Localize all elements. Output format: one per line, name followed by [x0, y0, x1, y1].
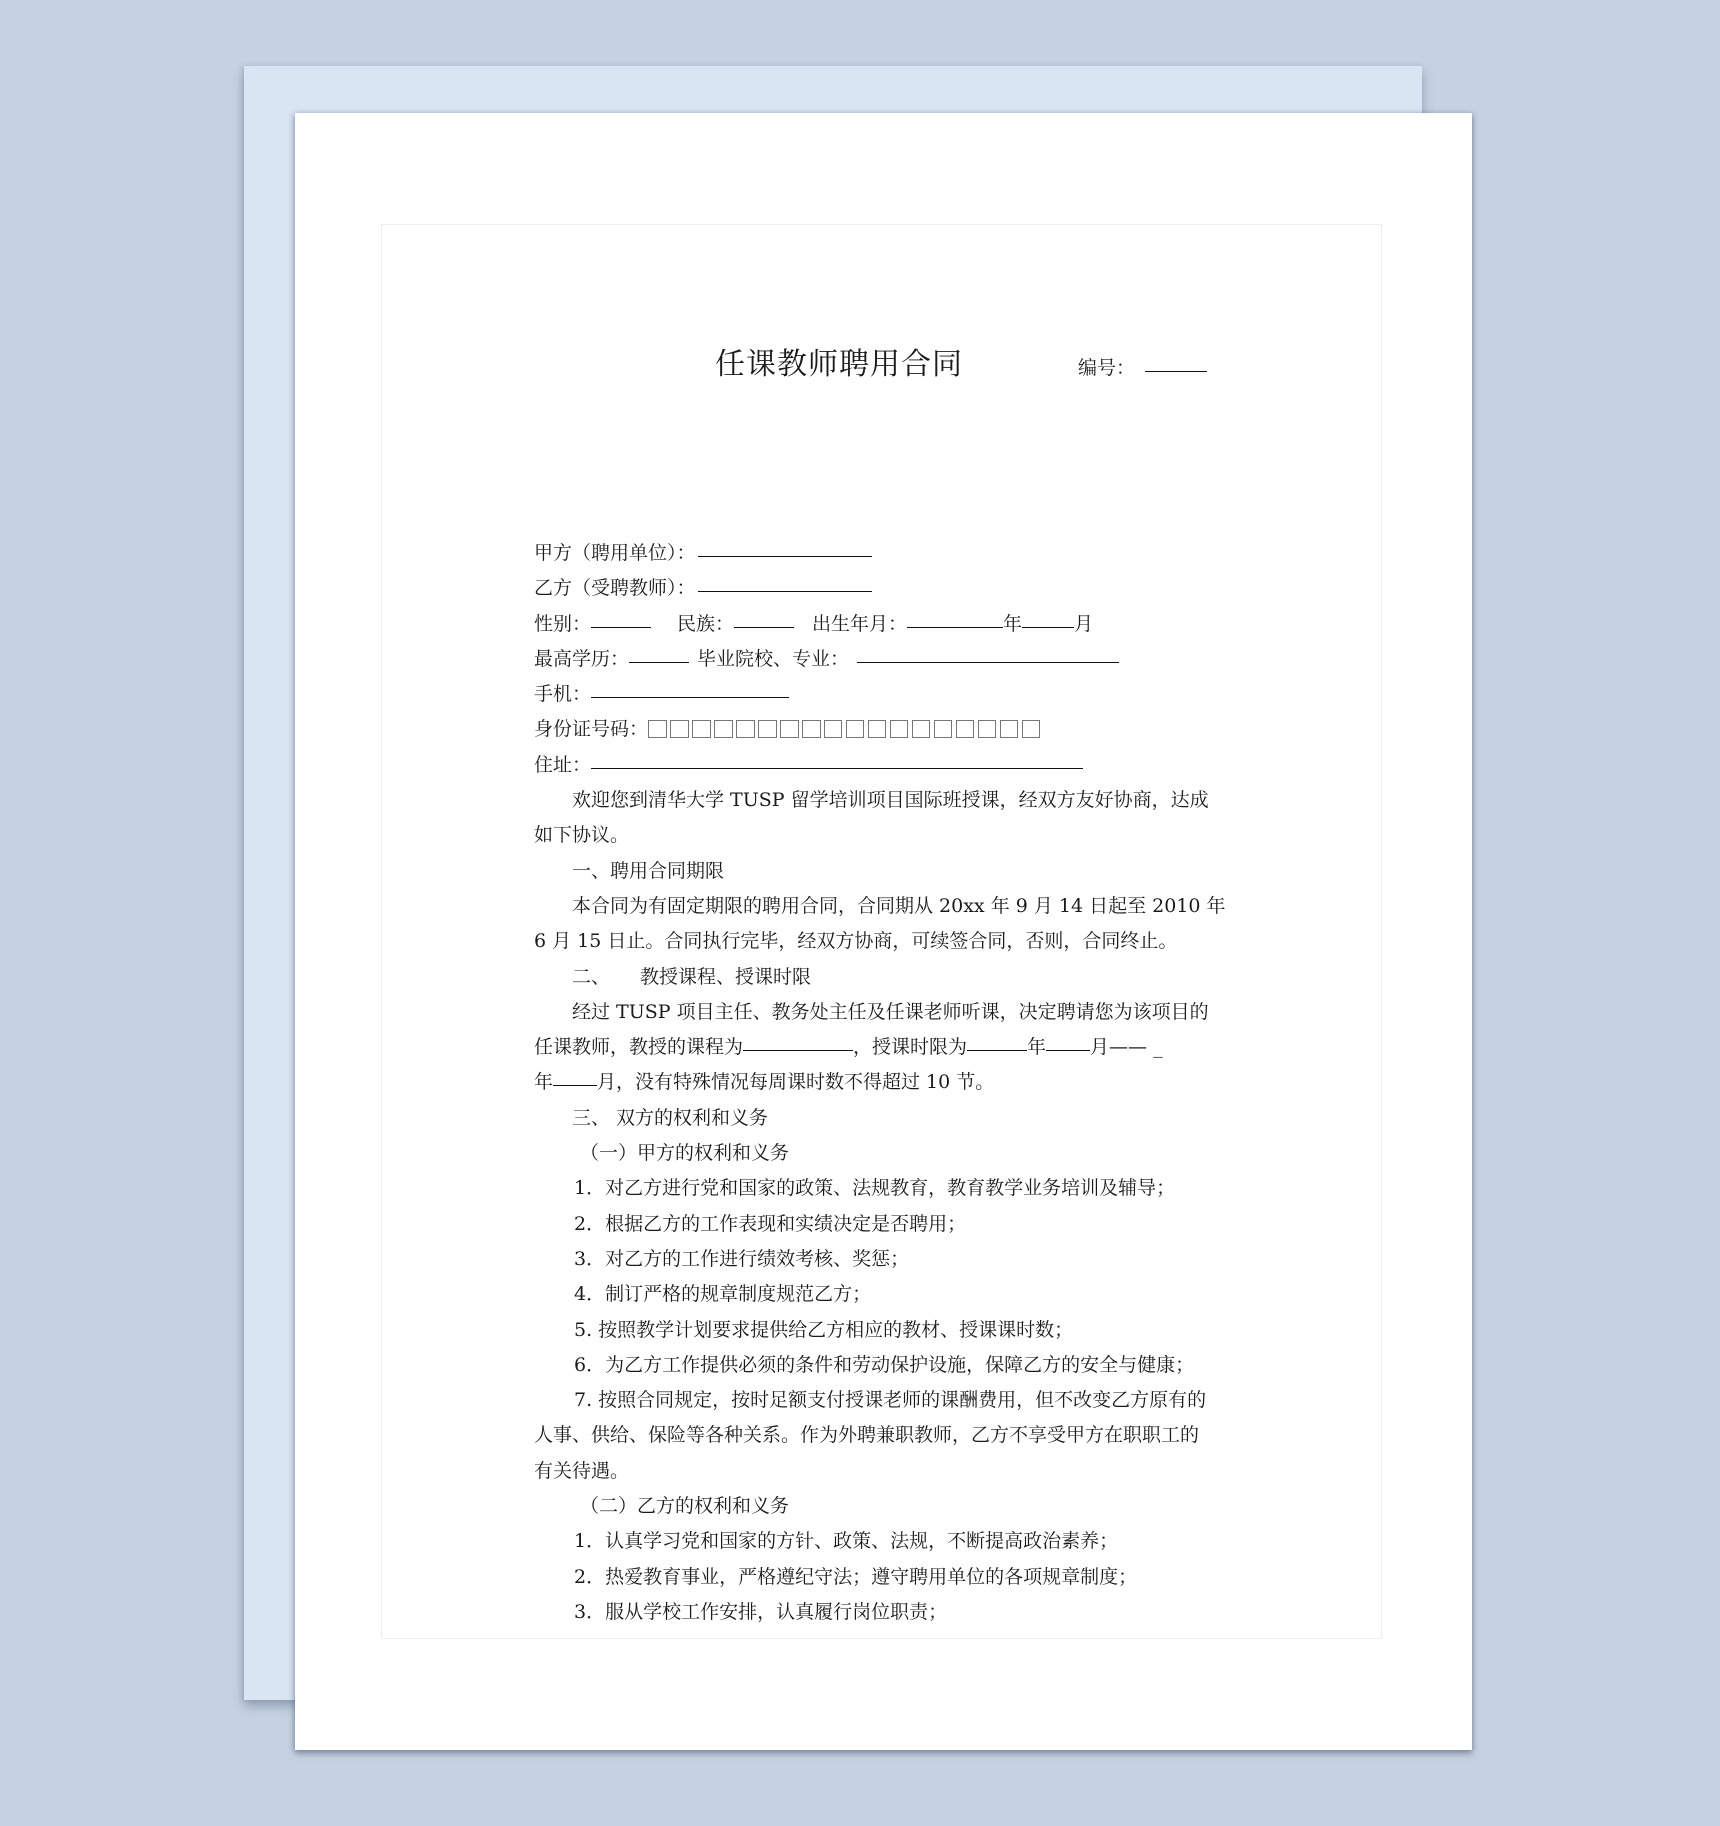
- party-a-right-item-7: 有关待遇。: [534, 1454, 1234, 1489]
- serial-number: 编号：: [1078, 353, 1207, 383]
- party-a-label: 甲方（聘用单位）：: [534, 542, 696, 564]
- birth-label: 出生年月：: [812, 613, 907, 635]
- section-2-text: 经过 TUSP 项目主任、教务处主任及任课老师听课，决定聘请您为该项目的: [534, 995, 1234, 1030]
- school-major-label: 毕业院校、专业：: [697, 648, 849, 670]
- year-label: 年: [1003, 613, 1022, 635]
- education-label: 最高学历：: [534, 648, 629, 670]
- serial-blank[interactable]: [1145, 370, 1207, 372]
- id-digit-box[interactable]: [890, 720, 909, 739]
- section-2-number: 二、: [572, 966, 610, 988]
- id-digit-box[interactable]: [956, 720, 975, 739]
- intro-paragraph-line: 如下协议。: [534, 818, 1234, 853]
- phone-blank[interactable]: [591, 696, 789, 698]
- month-dash-label: 月—— _: [1090, 1036, 1163, 1058]
- course-label: 任课教师，教授的课程为: [534, 1036, 743, 1058]
- address-label: 住址：: [534, 754, 591, 776]
- year-label: 年: [1027, 1036, 1046, 1058]
- id-digit-box[interactable]: [1022, 720, 1041, 739]
- id-digit-box[interactable]: [780, 720, 799, 739]
- party-b-row: 乙方（受聘教师）：: [534, 571, 1234, 606]
- period-end-month-blank[interactable]: [553, 1084, 597, 1086]
- id-digit-box[interactable]: [714, 720, 733, 739]
- course-blank[interactable]: [743, 1049, 853, 1051]
- gender-label: 性别：: [534, 613, 591, 635]
- id-number-row: 身份证号码：: [534, 712, 1234, 747]
- contract-body: 甲方（聘用单位）： 乙方（受聘教师）： 性别：民族：出生年月：年月 最高学历：毕…: [534, 536, 1234, 1630]
- id-digit-box[interactable]: [648, 720, 667, 739]
- address-blank[interactable]: [591, 767, 1083, 769]
- id-digit-box[interactable]: [846, 720, 865, 739]
- party-a-blank[interactable]: [698, 555, 872, 557]
- section-2-title: 教授课程、授课时限: [640, 966, 811, 988]
- serial-label: 编号：: [1078, 357, 1135, 379]
- party-a-row: 甲方（聘用单位）：: [534, 536, 1234, 571]
- weekly-hours-text: 月，没有特殊情况每周课时数不得超过 10 节。: [597, 1071, 994, 1093]
- period-label: ，授课时限为: [853, 1036, 967, 1058]
- section-2-heading: 二、教授课程、授课时限: [534, 960, 1234, 995]
- party-a-right-item: 2．根据乙方的工作表现和实绩决定是否聘用；: [534, 1207, 1234, 1242]
- party-b-blank[interactable]: [698, 590, 872, 592]
- id-digit-box[interactable]: [758, 720, 777, 739]
- birth-year-blank[interactable]: [907, 626, 1003, 628]
- party-a-right-item: 6．为乙方工作提供必须的条件和劳动保护设施，保障乙方的安全与健康；: [534, 1348, 1234, 1383]
- section-2-text: 任课教师，教授的课程为，授课时限为年月—— _: [534, 1030, 1234, 1065]
- address-row: 住址：: [534, 748, 1234, 783]
- intro-paragraph-line: 欢迎您到清华大学 TUSP 留学培训项目国际班授课，经双方友好协商，达成: [534, 783, 1234, 818]
- document-title: 任课教师聘用合同: [715, 345, 963, 385]
- party-b-right-item: 3．服从学校工作安排，认真履行岗位职责；: [534, 1595, 1234, 1630]
- month-label: 月: [1074, 613, 1093, 635]
- personal-info-row: 性别：民族：出生年月：年月: [534, 607, 1234, 642]
- party-b-right-item: 2．热爱教育事业，严格遵纪守法；遵守聘用单位的各项规章制度；: [534, 1560, 1234, 1595]
- gender-blank[interactable]: [591, 626, 651, 628]
- id-number-boxes[interactable]: [648, 720, 1040, 739]
- party-a-right-item-7: 7. 按照合同规定，按时足额支付授课老师的课酬费用，但不改变乙方原有的: [534, 1383, 1234, 1418]
- school-major-blank[interactable]: [857, 661, 1119, 663]
- section-2-text: 年月，没有特殊情况每周课时数不得超过 10 节。: [534, 1065, 1234, 1100]
- education-blank[interactable]: [629, 661, 689, 663]
- section-1-text: 本合同为有固定期限的聘用合同，合同期从 20xx 年 9 月 14 日起至 20…: [534, 889, 1234, 924]
- party-a-right-item: 5. 按照教学计划要求提供给乙方相应的教材、授课课时数；: [534, 1313, 1234, 1348]
- party-a-right-item-7: 人事、供给、保险等各种关系。作为外聘兼职教师，乙方不享受甲方在职职工的: [534, 1418, 1234, 1453]
- id-number-label: 身份证号码：: [534, 718, 648, 740]
- phone-label: 手机：: [534, 683, 591, 705]
- phone-row: 手机：: [534, 677, 1234, 712]
- id-digit-box[interactable]: [934, 720, 953, 739]
- section-1-heading: 一、聘用合同期限: [534, 854, 1234, 889]
- id-digit-box[interactable]: [1000, 720, 1019, 739]
- id-digit-box[interactable]: [978, 720, 997, 739]
- party-a-right-item: 1．对乙方进行党和国家的政策、法规教育，教育教学业务培训及辅导；: [534, 1171, 1234, 1206]
- party-b-right-item: 1．认真学习党和国家的方针、政策、法规，不断提高政治素养；: [534, 1524, 1234, 1559]
- birth-month-blank[interactable]: [1022, 626, 1074, 628]
- section-1-text: 6 月 15 日止。合同执行完毕，经双方协商，可续签合同，否则，合同终止。: [534, 924, 1234, 959]
- party-a-right-item: 4．制订严格的规章制度规范乙方；: [534, 1277, 1234, 1312]
- id-digit-box[interactable]: [736, 720, 755, 739]
- period-start-month-blank[interactable]: [1046, 1049, 1090, 1051]
- ethnicity-blank[interactable]: [734, 626, 794, 628]
- education-row: 最高学历：毕业院校、专业：: [534, 642, 1234, 677]
- party-b-label: 乙方（受聘教师）：: [534, 577, 696, 599]
- id-digit-box[interactable]: [802, 720, 821, 739]
- party-a-rights-heading: （一）甲方的权利和义务: [534, 1136, 1234, 1171]
- id-digit-box[interactable]: [670, 720, 689, 739]
- period-start-year-blank[interactable]: [967, 1049, 1027, 1051]
- ethnicity-label: 民族：: [677, 613, 734, 635]
- id-digit-box[interactable]: [868, 720, 887, 739]
- id-digit-box[interactable]: [692, 720, 711, 739]
- section-3-heading: 三、 双方的权利和义务: [534, 1101, 1234, 1136]
- id-digit-box[interactable]: [912, 720, 931, 739]
- title-row: 任课教师聘用合同 编号：: [534, 345, 1234, 385]
- front-page-sheet: 任课教师聘用合同 编号： 甲方（聘用单位）： 乙方（受聘教师）： 性别：民族：出…: [295, 113, 1472, 1750]
- year-label: 年: [534, 1071, 553, 1093]
- party-b-rights-heading: （二）乙方的权利和义务: [534, 1489, 1234, 1524]
- party-a-right-item: 3．对乙方的工作进行绩效考核、奖惩；: [534, 1242, 1234, 1277]
- id-digit-box[interactable]: [824, 720, 843, 739]
